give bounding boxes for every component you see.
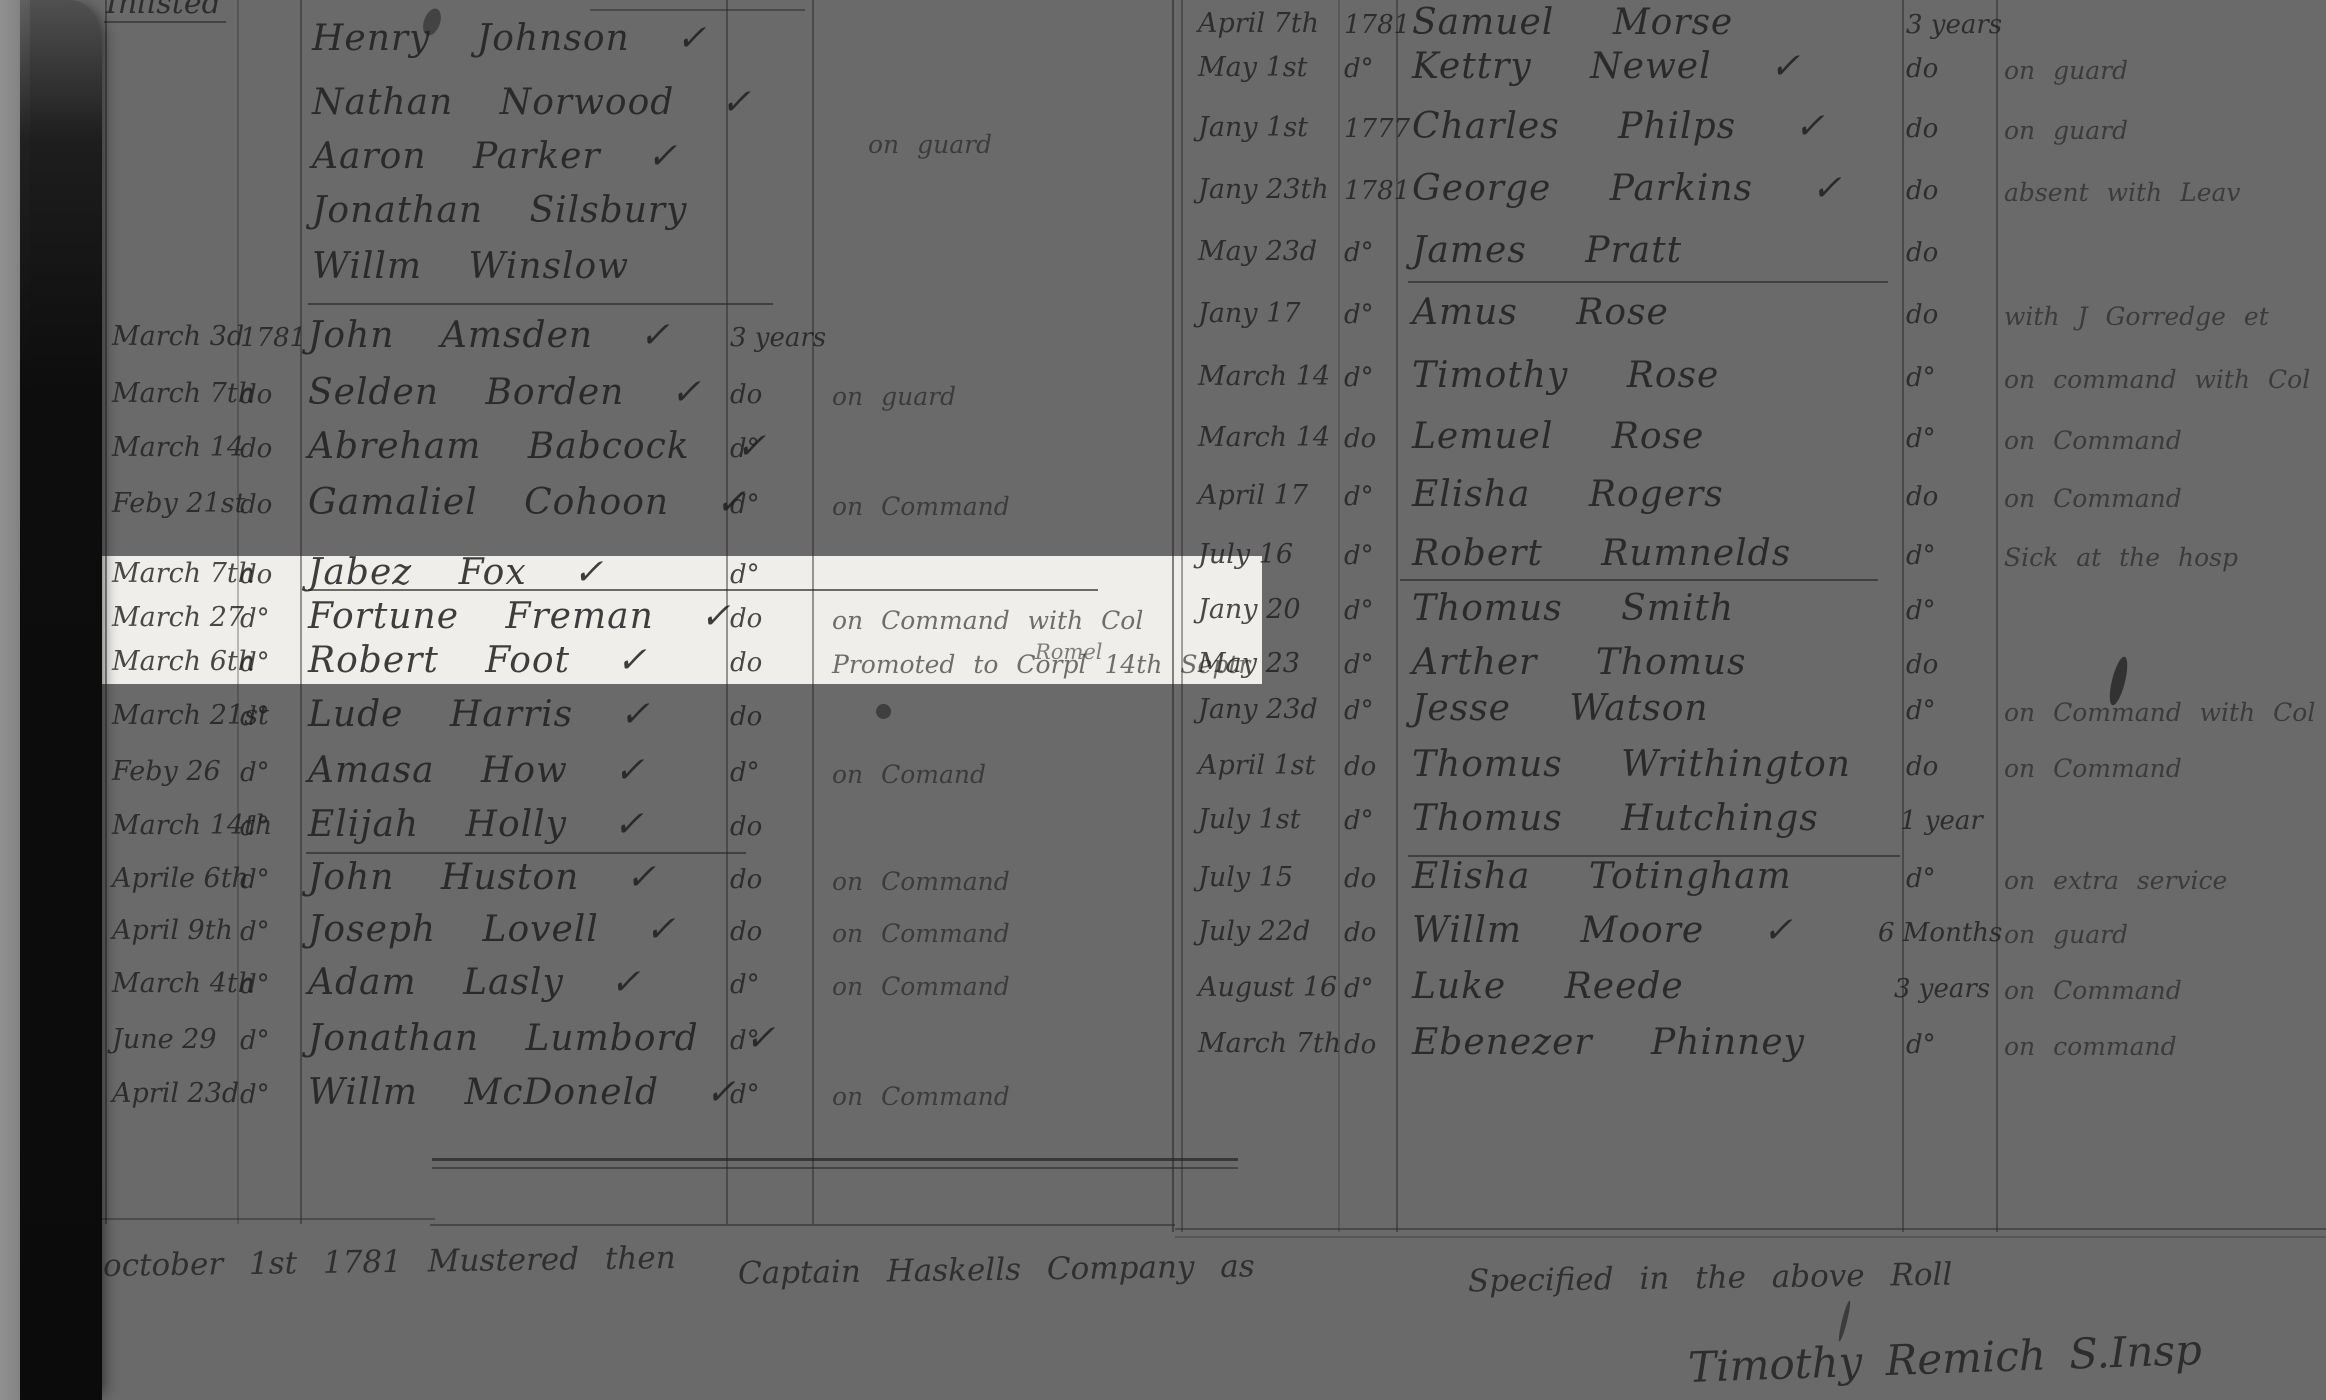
term-of-service: do bbox=[1906, 752, 1938, 782]
ruled-line bbox=[1408, 281, 1888, 283]
remark: on Command bbox=[2004, 754, 2182, 783]
ruled-line bbox=[430, 1224, 1175, 1226]
remark: on Command bbox=[832, 972, 1010, 1001]
soldier-name: Joseph Lovell ✓ bbox=[308, 909, 676, 950]
enlist-date: March 27 bbox=[112, 602, 244, 633]
soldier-name: Amus Rose bbox=[1412, 292, 1669, 333]
enlist-date: March 7th bbox=[112, 378, 255, 409]
enlist-date: April 9th bbox=[112, 915, 233, 946]
enlist-date: April 7th bbox=[1198, 8, 1319, 39]
term-of-service: d° bbox=[730, 490, 760, 520]
soldier-name: Elijah Holly ✓ bbox=[308, 804, 645, 845]
enlist-date: July 1st bbox=[1198, 804, 1301, 835]
soldier-name: Elisha Rogers bbox=[1412, 474, 1724, 515]
remark: Sick at the hosp bbox=[2004, 543, 2238, 572]
ruled-line bbox=[306, 852, 746, 854]
enlist-date: March 3d bbox=[112, 321, 244, 352]
enlist-year: d° bbox=[240, 970, 270, 1000]
enlist-date: May 23d bbox=[1198, 236, 1317, 267]
muster-note-part1: october 1st 1781 Mustered then bbox=[103, 1240, 676, 1284]
enlist-date: April 17 bbox=[1198, 480, 1308, 511]
remark: on guard bbox=[2004, 56, 2128, 85]
enlist-date: June 29 bbox=[112, 1024, 217, 1055]
remark: on command bbox=[2004, 1032, 2177, 1061]
term-of-service: do bbox=[730, 648, 762, 678]
remark: on extra service bbox=[2004, 866, 2227, 895]
term-of-service: 3 years bbox=[1906, 10, 2002, 40]
ruled-line bbox=[812, 0, 814, 1224]
enlist-date: Aprile 6th bbox=[112, 863, 249, 894]
term-of-service: do bbox=[730, 380, 762, 410]
remark: on Command with Col bbox=[2004, 698, 2315, 727]
enlist-date: Feby 21st bbox=[112, 488, 245, 519]
remark: on Command bbox=[832, 492, 1010, 521]
ruled-line bbox=[1172, 0, 1174, 1232]
ruled-line bbox=[590, 9, 805, 11]
enlist-date: Jany 23d bbox=[1198, 694, 1318, 725]
term-of-service: d° bbox=[730, 1026, 760, 1056]
soldier-name: Abreham Babcock ✓ bbox=[308, 426, 767, 467]
soldier-name: Selden Borden ✓ bbox=[308, 372, 702, 413]
column-header-inlisted: Inlisted bbox=[106, 0, 221, 21]
term-of-service: d° bbox=[730, 970, 760, 1000]
term-of-service: d° bbox=[730, 1080, 760, 1110]
soldier-name: Henry Johnson ✓ bbox=[312, 18, 707, 59]
ruled-line bbox=[95, 1218, 435, 1220]
soldier-name: John Huston ✓ bbox=[308, 857, 657, 898]
term-of-service: do bbox=[1906, 650, 1938, 680]
soldier-name: Charles Philps ✓ bbox=[1412, 106, 1826, 147]
term-of-service: do bbox=[1906, 482, 1938, 512]
soldier-name: Aaron Parker ✓ bbox=[312, 136, 678, 177]
enlist-year: 1777 bbox=[1344, 114, 1410, 144]
remark: on Comand bbox=[832, 760, 986, 789]
enlist-year: d° bbox=[1344, 596, 1374, 626]
term-of-service: do bbox=[1906, 300, 1938, 330]
soldier-name: Jonathan Silsbury bbox=[312, 190, 687, 231]
remark: on Command bbox=[832, 867, 1010, 896]
enlist-year: d° bbox=[240, 604, 270, 634]
term-of-service: d° bbox=[1906, 1030, 1936, 1060]
soldier-name: Lemuel Rose bbox=[1412, 416, 1704, 457]
term-of-service: do bbox=[730, 865, 762, 895]
term-of-service: d° bbox=[1906, 541, 1936, 571]
soldier-name: James Pratt bbox=[1412, 230, 1682, 271]
remark: on Command bbox=[2004, 426, 2182, 455]
soldier-name: Luke Reede bbox=[1412, 966, 1684, 1007]
enlist-date: August 16 bbox=[1198, 972, 1337, 1003]
enlist-date: July 16 bbox=[1198, 539, 1293, 570]
enlist-year: d° bbox=[1344, 974, 1374, 1004]
enlist-year: do bbox=[240, 560, 272, 590]
ruled-line bbox=[432, 1158, 1238, 1161]
soldier-name: Thomus Smith bbox=[1412, 588, 1734, 629]
enlist-date: Jany 1st bbox=[1198, 112, 1308, 143]
ink-blot bbox=[1837, 1300, 1852, 1342]
term-of-service: do bbox=[730, 702, 762, 732]
enlist-date: March 7th bbox=[112, 558, 255, 589]
enlist-year: do bbox=[1344, 752, 1376, 782]
enlist-date: May 23 bbox=[1198, 648, 1300, 679]
soldier-name: Ebenezer Phinney bbox=[1412, 1022, 1805, 1063]
remark: on Command bbox=[832, 1082, 1010, 1111]
term-of-service: do bbox=[730, 604, 762, 634]
soldier-name: Amasa How ✓ bbox=[308, 750, 645, 791]
enlist-date: July 22d bbox=[1198, 916, 1310, 947]
remark: on guard bbox=[2004, 116, 2128, 145]
term-of-service: d° bbox=[1906, 596, 1936, 626]
enlist-year: d° bbox=[240, 917, 270, 947]
enlist-date: March 7th bbox=[1198, 1028, 1341, 1059]
soldier-name: Lude Harris ✓ bbox=[308, 694, 651, 735]
inspector-signature: Timothy Remich S.Insp bbox=[1687, 1325, 2202, 1392]
ruled-line bbox=[300, 0, 302, 1224]
enlist-date: March 6th bbox=[112, 646, 255, 677]
term-of-service: d° bbox=[1906, 864, 1936, 894]
soldier-name: Willm Moore ✓ bbox=[1412, 910, 1794, 951]
term-of-service: do bbox=[730, 812, 762, 842]
enlist-date: Jany 20 bbox=[1198, 594, 1301, 625]
enlist-year: 1781 bbox=[240, 323, 306, 353]
soldier-name: Robert Rumnelds bbox=[1412, 533, 1791, 574]
enlist-year: d° bbox=[1344, 696, 1374, 726]
enlist-year: d° bbox=[1344, 541, 1374, 571]
soldier-name: Jonathan Lumbord ✓ bbox=[308, 1018, 776, 1059]
ruled-line bbox=[1175, 1228, 2326, 1230]
term-of-service: do bbox=[1906, 176, 1938, 206]
term-of-service: do bbox=[1906, 54, 1938, 84]
ruled-line bbox=[1902, 0, 1904, 1232]
ink-blot bbox=[876, 704, 891, 719]
term-of-service: 6 Months bbox=[1878, 918, 2002, 948]
ruled-line bbox=[1400, 579, 1878, 581]
soldier-name: George Parkins ✓ bbox=[1412, 168, 1843, 209]
enlist-year: do bbox=[1344, 918, 1376, 948]
enlist-year: d° bbox=[240, 865, 270, 895]
ruled-line bbox=[432, 1167, 1238, 1169]
enlist-year: do bbox=[1344, 1030, 1376, 1060]
remark: on guard bbox=[832, 382, 956, 411]
term-of-service: do bbox=[1906, 238, 1938, 268]
soldier-name: Kettry Newel ✓ bbox=[1412, 46, 1801, 87]
remark: on Command with Col bbox=[832, 606, 1143, 635]
enlist-year: d° bbox=[1344, 806, 1374, 836]
term-of-service: d° bbox=[730, 758, 760, 788]
remark: on Command bbox=[2004, 484, 2182, 513]
soldier-name: Willm McDoneld ✓ bbox=[308, 1072, 737, 1113]
muster-note-part2: Captain Haskells Company as bbox=[738, 1248, 1255, 1291]
soldier-name: Robert Foot ✓ bbox=[308, 640, 648, 681]
term-of-service: do bbox=[1906, 114, 1938, 144]
soldier-name: Arther Thomus bbox=[1412, 642, 1746, 683]
enlist-year: 1781 bbox=[1344, 176, 1410, 206]
term-of-service: d° bbox=[1906, 363, 1936, 393]
soldier-name: Jabez Fox ✓ bbox=[308, 552, 604, 593]
enlist-year: d° bbox=[240, 758, 270, 788]
ruled-line bbox=[1996, 0, 1998, 1232]
remark: with J Gorredge et bbox=[2004, 302, 2269, 331]
soldier-name: Timothy Rose bbox=[1412, 355, 1719, 396]
soldier-name: Gamaliel Cohoon ✓ bbox=[308, 482, 747, 523]
enlist-year: d° bbox=[1344, 650, 1374, 680]
term-of-service: do bbox=[730, 917, 762, 947]
enlist-year: 1781 bbox=[1344, 10, 1410, 40]
enlist-year: do bbox=[240, 490, 272, 520]
ruled-line bbox=[1175, 1236, 2326, 1238]
enlist-year: do bbox=[1344, 864, 1376, 894]
ruled-line bbox=[105, 0, 107, 1224]
ruled-line bbox=[308, 303, 773, 305]
soldier-name: Willm Winslow bbox=[312, 246, 629, 287]
remark: absent with Leav bbox=[2004, 178, 2241, 207]
remark: on guard bbox=[2004, 920, 2128, 949]
muster-note-part3: Specified in the above Roll bbox=[1468, 1257, 1953, 1300]
term-of-service: d° bbox=[1906, 424, 1936, 454]
enlist-date: May 1st bbox=[1198, 52, 1307, 83]
term-of-service: d° bbox=[1906, 696, 1936, 726]
soldier-name: Jesse Watson bbox=[1412, 688, 1709, 729]
soldier-name: Adam Lasly ✓ bbox=[308, 962, 641, 1003]
book-binding bbox=[20, 0, 102, 1400]
enlist-date: March 14 bbox=[112, 432, 244, 463]
ruled-line bbox=[1181, 0, 1183, 1232]
soldier-name: Fortune Freman ✓ bbox=[308, 596, 731, 637]
enlist-year: do bbox=[1344, 424, 1376, 454]
enlist-year: d° bbox=[240, 1026, 270, 1056]
term-of-service: 3 years bbox=[730, 323, 826, 353]
enlist-year: d° bbox=[240, 648, 270, 678]
enlist-year: d° bbox=[1344, 482, 1374, 512]
enlist-year: d° bbox=[1344, 54, 1374, 84]
sergeants-remark: on guard bbox=[868, 130, 992, 159]
remark: on command with Col bbox=[2004, 365, 2310, 394]
soldier-name: Thomus Hutchings bbox=[1412, 798, 1819, 839]
enlist-date: April 23d bbox=[112, 1078, 239, 1109]
remark: on Command bbox=[832, 919, 1010, 948]
muster-roll-scan: Inlisted on guard Henry Johnson ✓Nathan … bbox=[0, 0, 2326, 1400]
soldier-name: Nathan Norwood ✓ bbox=[312, 82, 752, 123]
enlist-date: March 14 bbox=[1198, 361, 1330, 392]
enlist-date: Feby 26 bbox=[112, 756, 221, 787]
term-of-service: d° bbox=[730, 434, 760, 464]
term-of-service: 1 year bbox=[1900, 806, 1983, 836]
soldier-name: Elisha Totingham bbox=[1412, 856, 1792, 897]
enlist-year: d° bbox=[1344, 238, 1374, 268]
enlist-year: d° bbox=[1344, 300, 1374, 330]
enlist-date: March 14 bbox=[1198, 422, 1330, 453]
soldier-name: John Amsden ✓ bbox=[308, 315, 671, 356]
enlist-date: March 4th bbox=[112, 968, 255, 999]
enlist-year: d° bbox=[240, 1080, 270, 1110]
enlist-date: Jany 17 bbox=[1198, 298, 1301, 329]
enlist-year: d° bbox=[240, 812, 270, 842]
enlist-date: Jany 23th bbox=[1198, 174, 1329, 205]
remark: Promoted to Corpl 14th Septr bbox=[832, 650, 1250, 679]
soldier-name: Thomus Writhington bbox=[1412, 744, 1851, 785]
term-of-service: d° bbox=[730, 560, 760, 590]
enlist-year: do bbox=[240, 380, 272, 410]
enlist-date: April 1st bbox=[1198, 750, 1315, 781]
ruled-line bbox=[104, 21, 226, 23]
enlist-year: d° bbox=[240, 702, 270, 732]
soldier-name: Samuel Morse bbox=[1412, 2, 1733, 43]
term-of-service: 3 years bbox=[1894, 974, 1990, 1004]
enlist-date: July 15 bbox=[1198, 862, 1293, 893]
enlist-year: d° bbox=[1344, 363, 1374, 393]
remark: on Command bbox=[2004, 976, 2182, 1005]
enlist-year: do bbox=[240, 434, 272, 464]
